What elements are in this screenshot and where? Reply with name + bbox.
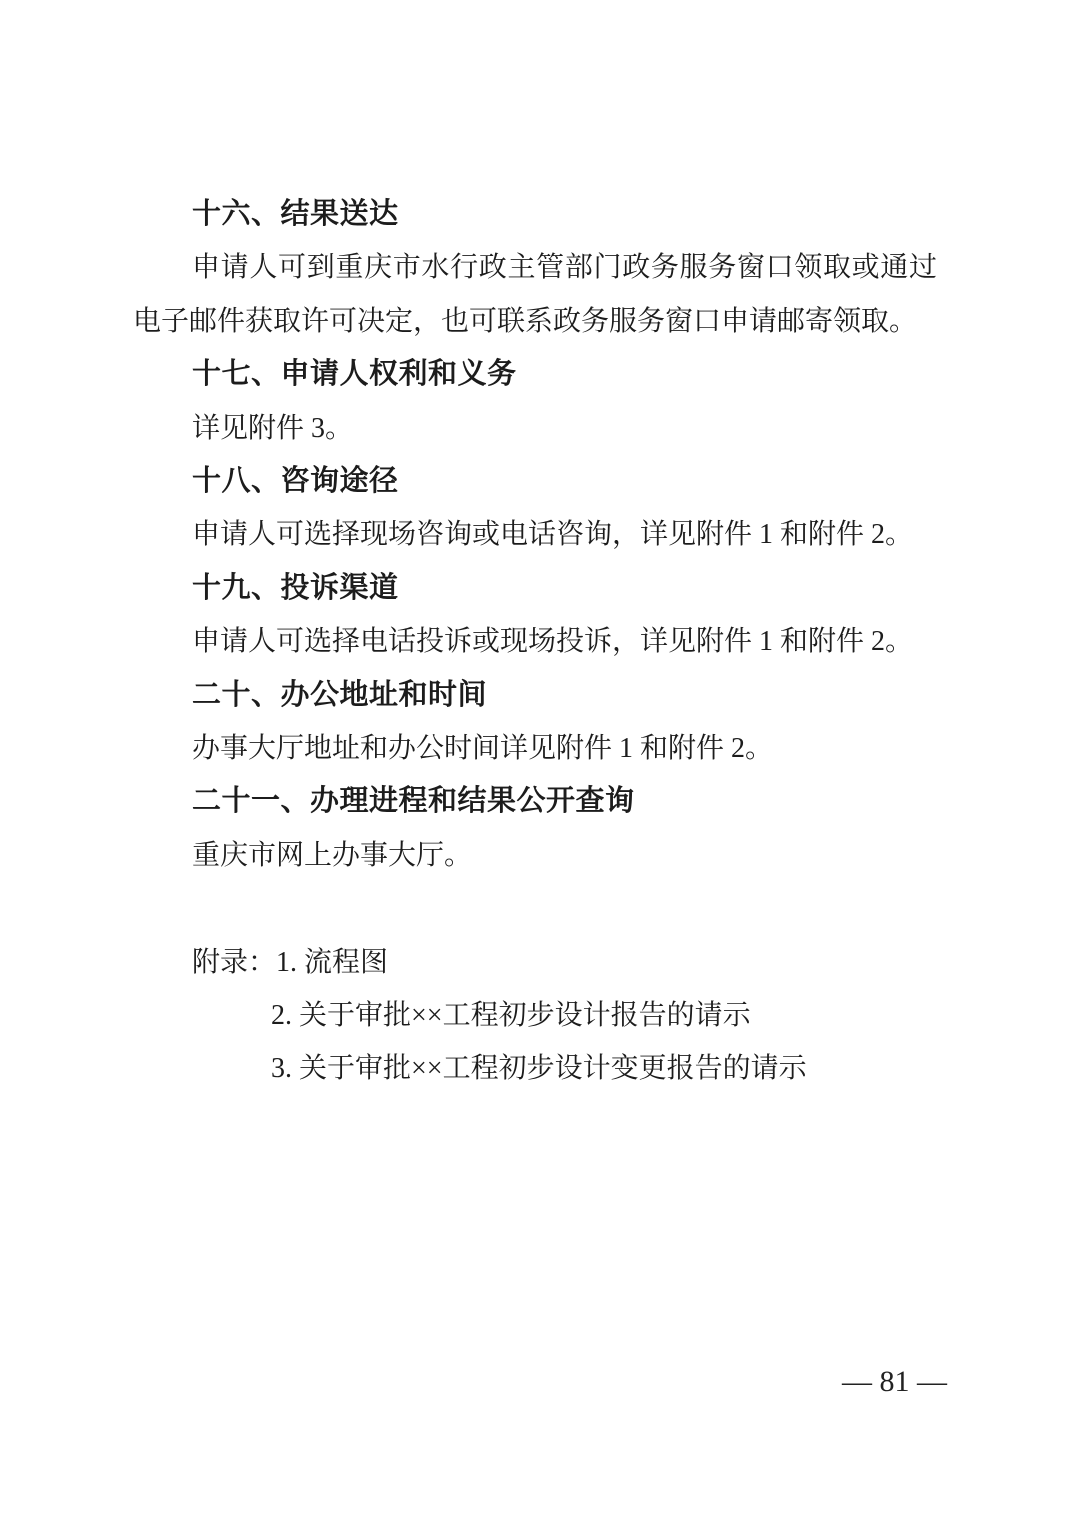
section-17-paragraph: 详见附件 3。 xyxy=(133,402,937,455)
appendix-item-1: 1. 流程图 xyxy=(276,947,388,978)
appendix-first-line: 附录：1. 流程图 xyxy=(133,936,937,989)
section-20-heading: 二十、办公地址和时间 xyxy=(133,669,937,722)
section-21-progress-result-query: 二十一、办理进程和结果公开查询 重庆市网上办事大厅。 xyxy=(133,775,937,882)
document-page: 十六、结果送达 申请人可到重庆市水行政主管部门政务服务窗口领取或通过 电子邮件获… xyxy=(0,0,1074,1520)
appendix-label: 附录： xyxy=(192,947,276,978)
section-18-paragraph: 申请人可选择现场咨询或电话咨询，详见附件 1 和附件 2。 xyxy=(133,508,937,561)
page-footer: — 81 — xyxy=(842,1364,947,1400)
section-17-applicant-rights: 十七、申请人权利和义务 详见附件 3。 xyxy=(133,348,937,455)
appendix-item-2: 2. 关于审批××工程初步设计报告的请示 xyxy=(271,989,937,1042)
section-19-paragraph: 申请人可选择电话投诉或现场投诉，详见附件 1 和附件 2。 xyxy=(133,615,937,668)
section-20-office-address-time: 二十、办公地址和时间 办事大厅地址和办公时间详见附件 1 和附件 2。 xyxy=(133,669,937,776)
section-17-heading: 十七、申请人权利和义务 xyxy=(133,348,937,401)
section-16-heading: 十六、结果送达 xyxy=(133,188,937,241)
appendix-item-3: 3. 关于审批××工程初步设计变更报告的请示 xyxy=(271,1042,937,1095)
section-16-result-delivery: 十六、结果送达 申请人可到重庆市水行政主管部门政务服务窗口领取或通过 电子邮件获… xyxy=(133,188,937,348)
section-19-heading: 十九、投诉渠道 xyxy=(133,562,937,615)
section-21-heading: 二十一、办理进程和结果公开查询 xyxy=(133,775,937,828)
section-18-heading: 十八、咨询途径 xyxy=(133,455,937,508)
document-content: 十六、结果送达 申请人可到重庆市水行政主管部门政务服务窗口领取或通过 电子邮件获… xyxy=(133,188,937,1096)
section-20-paragraph: 办事大厅地址和办公时间详见附件 1 和附件 2。 xyxy=(133,722,937,775)
section-16-paragraph-line-1: 申请人可到重庆市水行政主管部门政务服务窗口领取或通过 xyxy=(133,241,937,294)
page-number: — 81 — xyxy=(842,1365,947,1398)
section-16-paragraph-line-2: 电子邮件获取许可决定，也可联系政务服务窗口申请邮寄领取。 xyxy=(133,295,937,348)
appendix-list: 附录：1. 流程图 2. 关于审批××工程初步设计报告的请示 3. 关于审批××… xyxy=(133,936,937,1096)
section-19-complaint-channels: 十九、投诉渠道 申请人可选择电话投诉或现场投诉，详见附件 1 和附件 2。 xyxy=(133,562,937,669)
section-18-consultation-channels: 十八、咨询途径 申请人可选择现场咨询或电话咨询，详见附件 1 和附件 2。 xyxy=(133,455,937,562)
section-21-paragraph: 重庆市网上办事大厅。 xyxy=(133,829,937,882)
